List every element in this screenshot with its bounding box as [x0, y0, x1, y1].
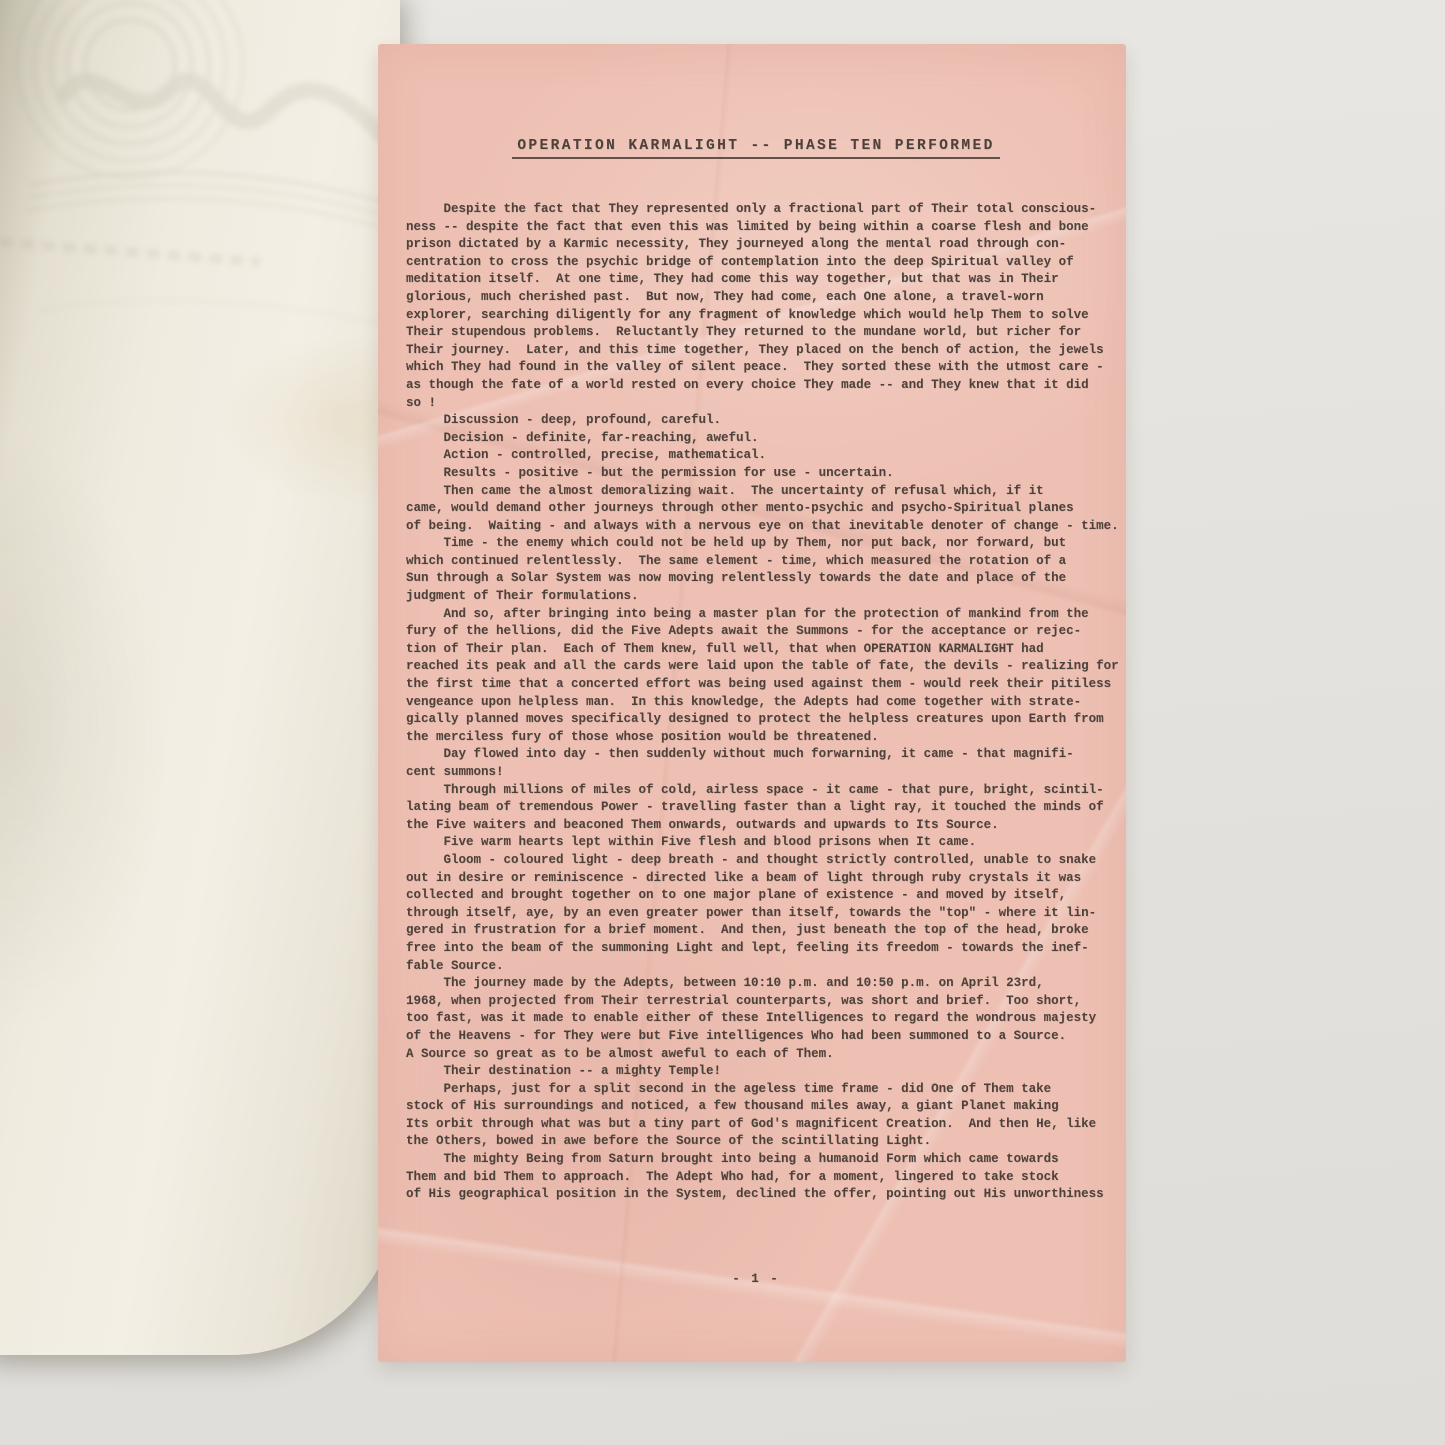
text-line: Its orbit through what was but a tiny pa…	[406, 1116, 1106, 1134]
text-line: of being. Waiting - and always with a ne…	[406, 518, 1106, 536]
text-line: Their destination -- a mighty Temple!	[406, 1063, 1106, 1081]
text-line: Sun through a Solar System was now movin…	[406, 570, 1106, 588]
text-line: And so, after bringing into being a mast…	[406, 606, 1106, 624]
text-line: tion of Their plan. Each of Them knew, f…	[406, 641, 1106, 659]
text-line: meditation itself. At one time, They had…	[406, 271, 1106, 289]
text-line: of His geographical position in the Syst…	[406, 1186, 1106, 1204]
text-line: centration to cross the psychic bridge o…	[406, 254, 1106, 272]
text-line: Perhaps, just for a split second in the …	[406, 1081, 1106, 1099]
text-line: The journey made by the Adepts, between …	[406, 975, 1106, 993]
text-line: of the Heavens - for They were but Five …	[406, 1028, 1106, 1046]
text-line: Their journey. Later, and this time toge…	[406, 342, 1106, 360]
text-line: the Five waiters and beaconed Them onwar…	[406, 817, 1106, 835]
text-line: which continued relentlessly. The same e…	[406, 553, 1106, 571]
text-line: cent summons!	[406, 764, 1106, 782]
show-through-ghost	[0, 0, 400, 1355]
previous-page	[0, 0, 400, 1355]
text-line: Day flowed into day - then suddenly with…	[406, 746, 1106, 764]
body-paragraph: Then came the almost demoralizing wait. …	[406, 483, 1106, 536]
text-line: Results - positive - but the permission …	[406, 465, 1106, 483]
text-line: The mighty Being from Saturn brought int…	[406, 1151, 1106, 1169]
text-line: too fast, was it made to enable either o…	[406, 1010, 1106, 1028]
body-paragraph: Their destination -- a mighty Temple!	[406, 1063, 1106, 1081]
photo-scene: OPERATION KARMALIGHT -- PHASE TEN PERFOR…	[0, 0, 1445, 1445]
page-title: OPERATION KARMALIGHT -- PHASE TEN PERFOR…	[512, 138, 999, 159]
text-line: gered in frustration for a brief moment.…	[406, 922, 1106, 940]
text-line: prison dictated by a Karmic necessity, T…	[406, 236, 1106, 254]
text-line: the first time that a concerted effort w…	[406, 676, 1106, 694]
text-line: the merciless fury of those whose positi…	[406, 729, 1106, 747]
text-line: ness -- despite the fact that even this …	[406, 219, 1106, 237]
text-line: fable Source.	[406, 958, 1106, 976]
body-paragraph: Perhaps, just for a split second in the …	[406, 1081, 1106, 1151]
body-paragraph: The mighty Being from Saturn brought int…	[406, 1151, 1106, 1204]
text-line: glorious, much cherished past. But now, …	[406, 289, 1106, 307]
text-line: out in desire or reminiscence - directed…	[406, 870, 1106, 888]
text-line: Their stupendous problems. Reluctantly T…	[406, 324, 1106, 342]
page-number: - 1 -	[406, 1272, 1106, 1286]
text-line: free into the beam of the summoning Ligh…	[406, 940, 1106, 958]
text-line: as though the fate of a world rested on …	[406, 377, 1106, 395]
body-paragraph: Despite the fact that They represented o…	[406, 201, 1106, 412]
text-line: Despite the fact that They represented o…	[406, 201, 1106, 219]
text-line: 1968, when projected from Their terrestr…	[406, 993, 1106, 1011]
text-line: judgment of Their formulations.	[406, 588, 1106, 606]
body-paragraph: Day flowed into day - then suddenly with…	[406, 746, 1106, 781]
text-line: Them and bid Them to approach. The Adept…	[406, 1169, 1106, 1187]
text-line: Then came the almost demoralizing wait. …	[406, 483, 1106, 501]
text-line: the Others, bowed in awe before the Sour…	[406, 1133, 1106, 1151]
title-row: OPERATION KARMALIGHT -- PHASE TEN PERFOR…	[406, 136, 1106, 159]
text-line: Through millions of miles of cold, airle…	[406, 782, 1106, 800]
body-paragraph: Five warm hearts lept within Five flesh …	[406, 834, 1106, 852]
text-line: gically planned moves specifically desig…	[406, 711, 1106, 729]
text-line: Five warm hearts lept within Five flesh …	[406, 834, 1106, 852]
text-line: Action - controlled, precise, mathematic…	[406, 447, 1106, 465]
text-line: Discussion - deep, profound, careful.	[406, 412, 1106, 430]
text-line: Time - the enemy which could not be held…	[406, 535, 1106, 553]
text-line: came, would demand other journeys throug…	[406, 500, 1106, 518]
body-paragraph: And so, after bringing into being a mast…	[406, 606, 1106, 747]
text-line: lating beam of tremendous Power - travel…	[406, 799, 1106, 817]
body-paragraph: Time - the enemy which could not be held…	[406, 535, 1106, 605]
text-line: so !	[406, 395, 1106, 413]
text-line: through itself, aye, by an even greater …	[406, 905, 1106, 923]
body-paragraph: Gloom - coloured light - deep breath - a…	[406, 852, 1106, 975]
text-line: vengeance upon helpless man. In this kno…	[406, 694, 1106, 712]
text-line: Gloom - coloured light - deep breath - a…	[406, 852, 1106, 870]
body-paragraph: The journey made by the Adepts, between …	[406, 975, 1106, 1063]
page-body: Despite the fact that They represented o…	[406, 201, 1106, 1204]
text-line: collected and brought together on to one…	[406, 887, 1106, 905]
text-line: Decision - definite, far-reaching, awefu…	[406, 430, 1106, 448]
text-line: which They had found in the valley of si…	[406, 359, 1106, 377]
text-line: stock of His surroundings and noticed, a…	[406, 1098, 1106, 1116]
body-paragraph: Through millions of miles of cold, airle…	[406, 782, 1106, 835]
text-line: fury of the hellions, did the Five Adept…	[406, 623, 1106, 641]
page-content: OPERATION KARMALIGHT -- PHASE TEN PERFOR…	[378, 44, 1126, 1362]
list-block: Discussion - deep, profound, careful. De…	[406, 412, 1106, 482]
text-line: explorer, searching diligently for any f…	[406, 307, 1106, 325]
document-page: OPERATION KARMALIGHT -- PHASE TEN PERFOR…	[378, 44, 1126, 1362]
text-line: A Source so great as to be almost aweful…	[406, 1046, 1106, 1064]
text-line: reached its peak and all the cards were …	[406, 658, 1106, 676]
